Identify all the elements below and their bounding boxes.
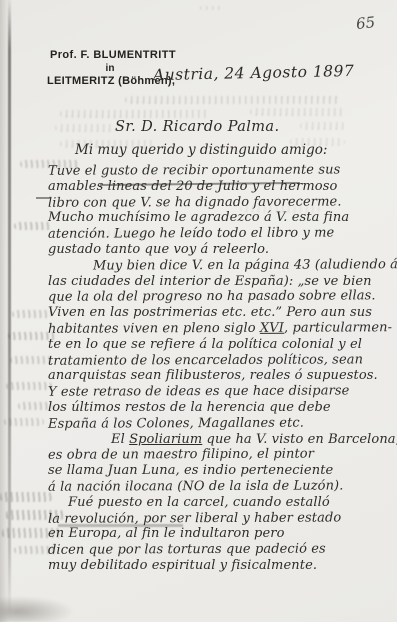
letter-line: á la nación ilocana (NO de la isla de Lu… — [48, 478, 392, 495]
letter-line: la revolución, por ser liberal y haber e… — [48, 510, 392, 527]
letter-line: dicen que por las torturas que padeció e… — [48, 541, 392, 558]
letter-line: habitantes viven en pleno siglo XVI, par… — [48, 320, 392, 337]
underlined-word: Spoliarium — [129, 432, 202, 447]
letter-line: que la ola del progreso no ha pasado sob… — [48, 289, 392, 306]
letter-line: Y este retraso de ideas es que hace disi… — [48, 383, 392, 400]
bleedthrough-mark — [12, 310, 52, 318]
bleedthrough-mark — [10, 356, 52, 364]
letter-line: te en lo que se refiere á la política co… — [48, 337, 392, 353]
letter-line: gustado tanto que voy á releerlo. — [48, 242, 392, 258]
letter-line: amables lineas del 20 de Julio y el herm… — [48, 179, 392, 195]
underlined-word: XVI — [260, 321, 284, 336]
letter-body: Sr. D. Ricardo Palma. Mi muy querido y d… — [48, 119, 392, 574]
bleedthrough-mark — [4, 418, 44, 426]
letter-line: Viven en las postrimerias etc. etc.” Per… — [48, 305, 392, 321]
scanned-letter-page: 65 Prof. F. BLUMENTRITT in LEITMERITZ (B… — [0, 0, 397, 622]
letter-line: los últimos restos de la herencia que de… — [48, 400, 392, 416]
letter-line: libro con que V. se ha dignado favorecer… — [48, 194, 392, 211]
bleedthrough-mark — [18, 402, 52, 410]
letter-line: Mucho muchísimo le agradezco á V. esta f… — [48, 210, 392, 226]
letter-line: anarquistas sean filibusteros, reales ó … — [48, 368, 392, 384]
letter-line: El Spoliarium que ha V. visto en Barcelo… — [48, 432, 392, 448]
bleedthrough-mark — [125, 96, 340, 104]
letter-line: Muy bien dice V. en la página 43 (aludie… — [48, 257, 392, 274]
letter-line: se llama Juan Luna, es indio pertenecien… — [48, 463, 392, 479]
letterhead-name: Prof. F. BLUMENTRITT — [50, 49, 176, 62]
dateline-handwritten: Austria, 24 Agosto 1897 — [153, 62, 355, 84]
letter-line-text: El — [111, 432, 129, 447]
letter-line: en Europa, al fin le indultaron pero — [48, 526, 392, 542]
bleedthrough-mark — [14, 222, 52, 230]
letter-line: España á los Colones, Magallanes etc. — [48, 415, 392, 432]
letter-line: las ciudades del interior de España): „s… — [48, 274, 392, 290]
letter-line: Tuve el gusto de recibir oportunamente s… — [48, 162, 392, 179]
letter-line: es obra de un maestro filipino, el pinto… — [48, 447, 392, 464]
letter-line-text: , particularmen- — [284, 320, 392, 335]
letter-line-text: que ha V. visto en Barcelona, — [202, 432, 397, 447]
letter-line: atención. Luego he leído todo el libro y… — [48, 225, 392, 242]
bleedthrough-mark — [6, 382, 52, 390]
page-number: 65 — [355, 13, 376, 33]
letter-line: muy debilitado espiritual y fisicalmente… — [48, 558, 392, 574]
bleedthrough-mark — [60, 110, 210, 118]
bleedthrough-mark — [0, 492, 52, 502]
letter-line-text: habitantes viven en pleno siglo — [48, 321, 260, 337]
letter-line: tratamiento de los encarcelados político… — [48, 352, 392, 369]
corner-smudge — [0, 596, 74, 622]
salutation: Sr. D. Ricardo Palma. — [48, 119, 392, 135]
letter-line: Fué puesto en la carcel, cuando estalló — [48, 495, 392, 511]
bleedthrough-mark — [200, 6, 224, 10]
greeting: Mi muy querido y distinguido amigo: — [48, 142, 392, 158]
bleedthrough-mark — [250, 108, 345, 116]
